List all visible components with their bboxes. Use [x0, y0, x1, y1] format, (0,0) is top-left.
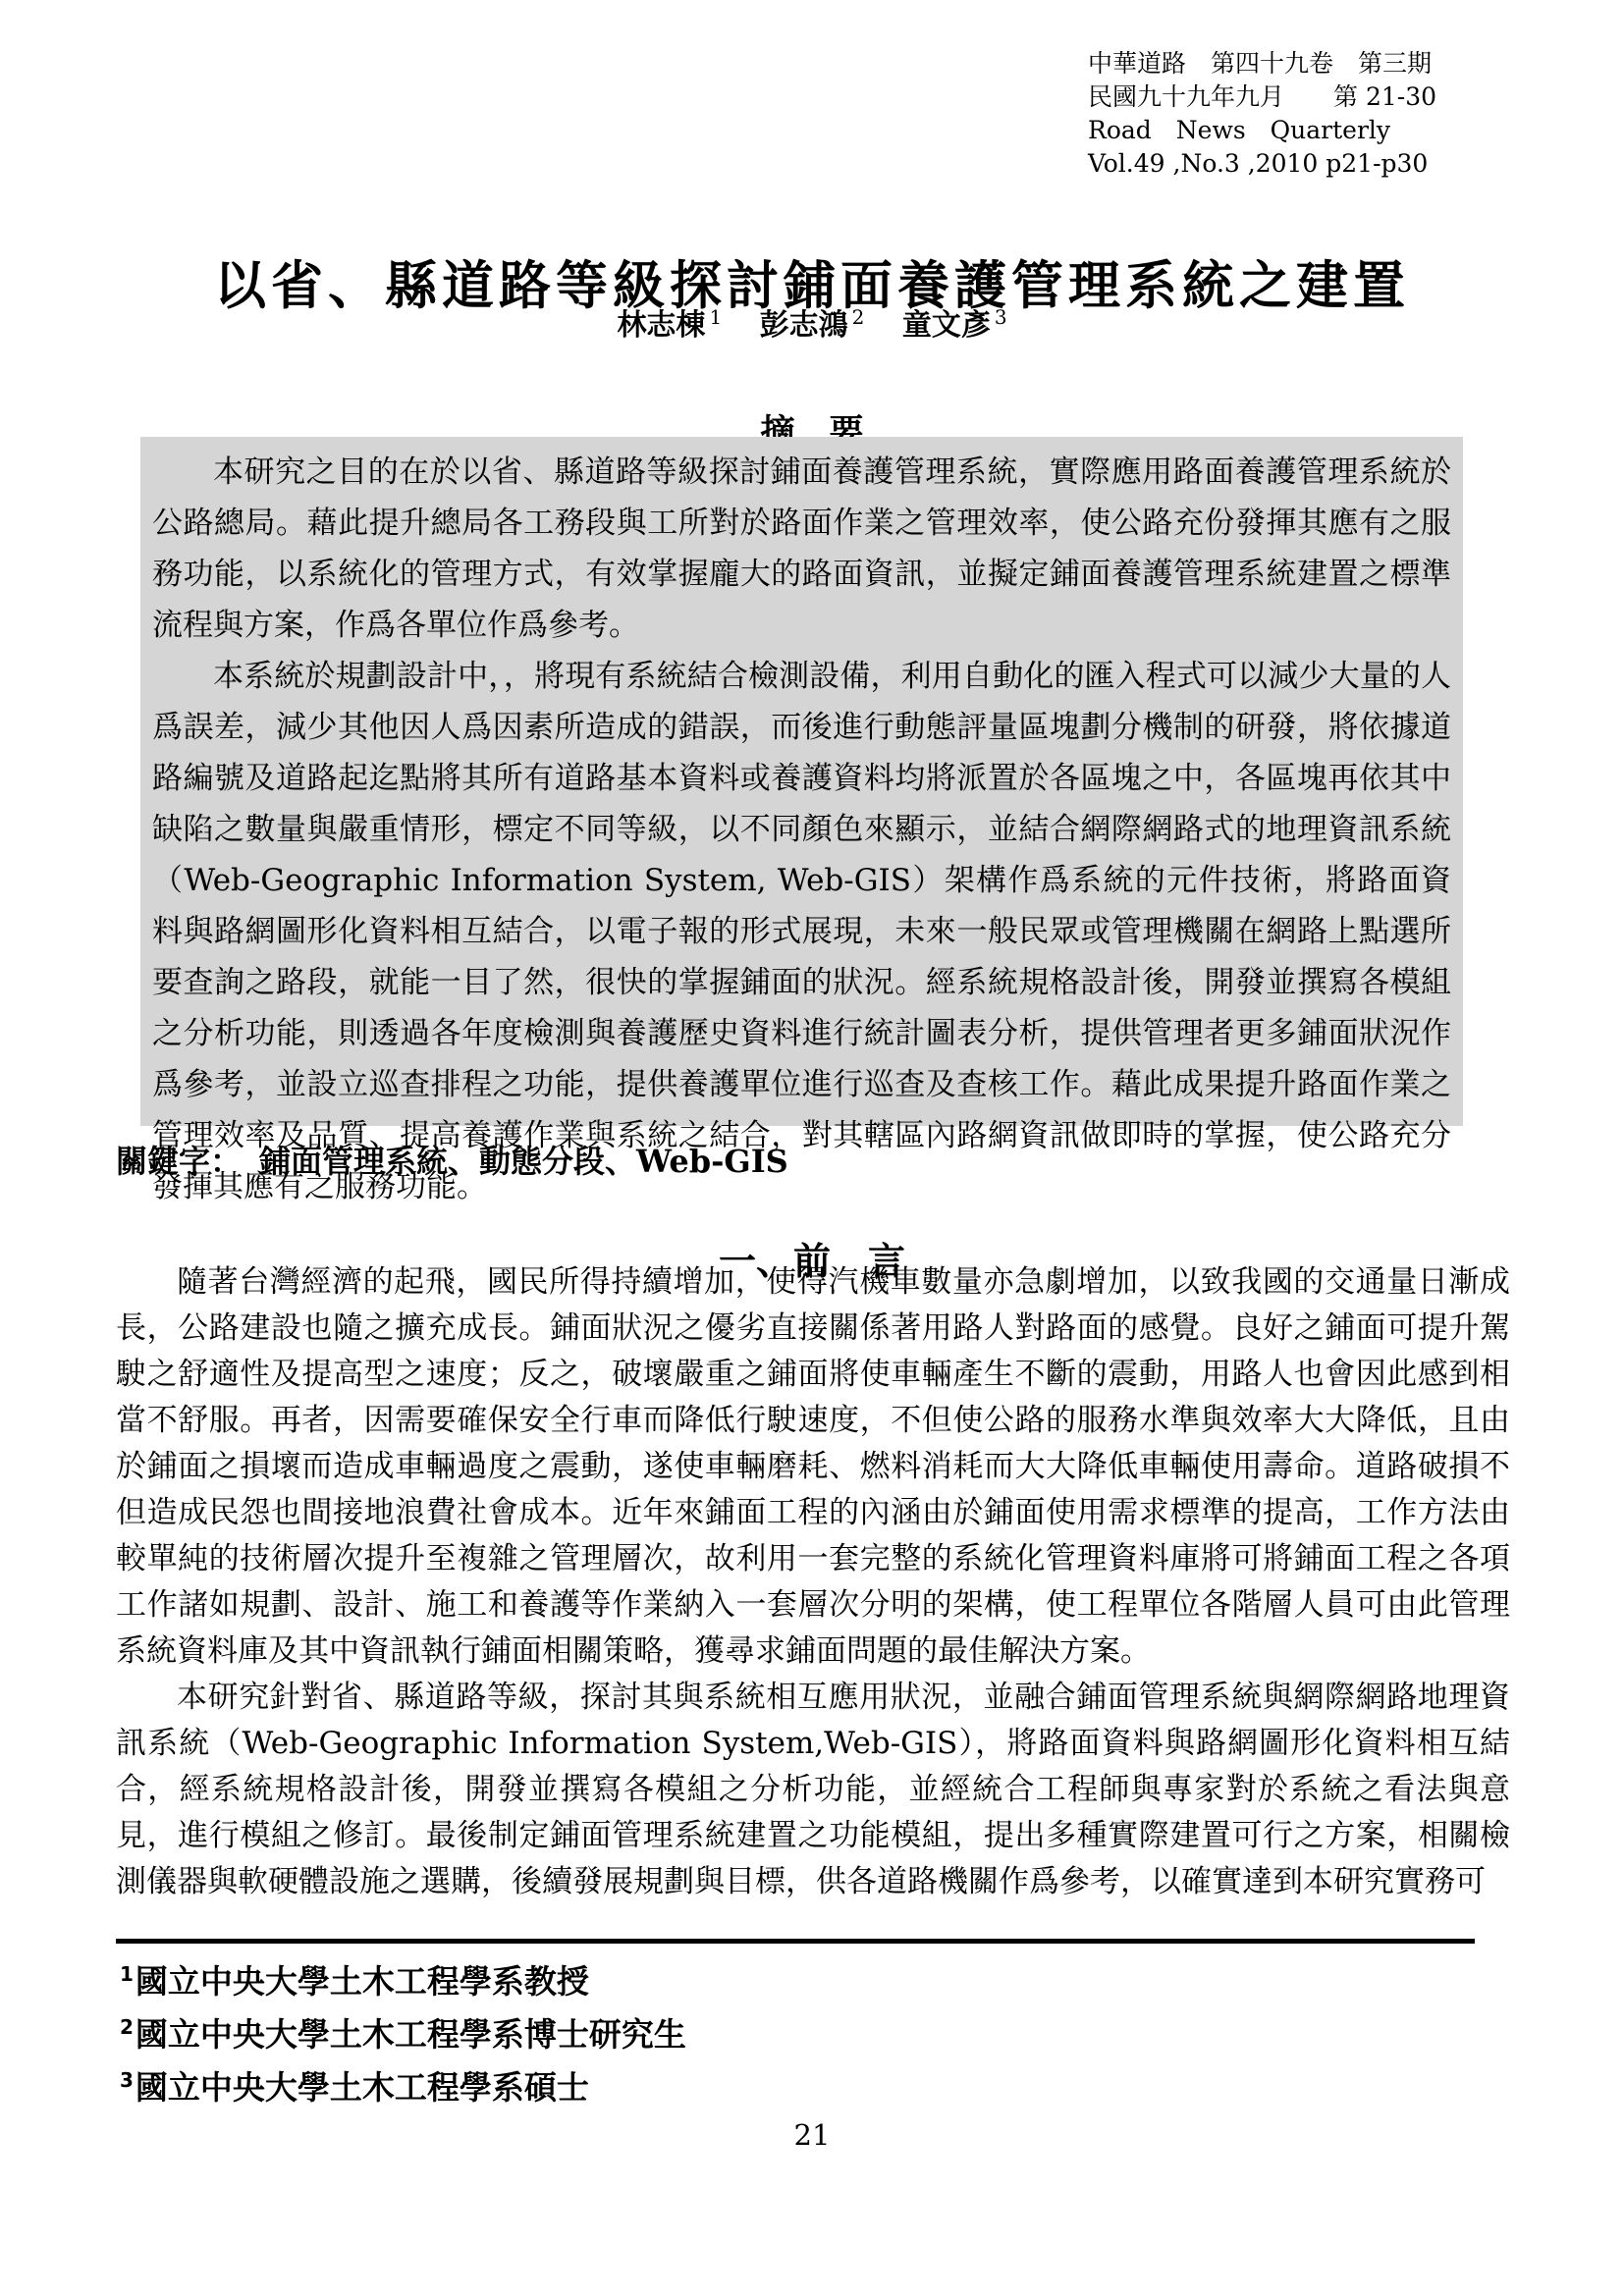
- author-line: 林志棟1 彭志鴻2 童文彥3: [0, 300, 1624, 344]
- footnote-1-marker: 1: [120, 1962, 134, 1986]
- introduction-paragraph-2: 本研究針對省、縣道路等級，探討其與系統相互應用狀況，並融合鋪面管理系統與網際網路…: [116, 1675, 1510, 1905]
- footnote-2-marker: 2: [120, 2015, 134, 2039]
- footnote-2: 2國立中央大學土木工程學系博士研究生: [120, 2004, 686, 2057]
- abstract-paragraph-1: 本研究之目的在於以省、縣道路等級探討鋪面養護管理系統，實際應用路面養護管理系統於…: [152, 447, 1451, 651]
- footnote-2-text: 國立中央大學土木工程學系博士研究生: [135, 2015, 686, 2054]
- author-2-name: 彭志鴻: [760, 308, 848, 343]
- author-3: 童文彥3: [902, 308, 1007, 343]
- abstract-paragraph-2: 本系統於規劃設計中，，將現有系統結合檢測設備，利用自動化的匯入程式可以減少大量的…: [152, 651, 1451, 1212]
- journal-header: 中華道路 第四十九卷 第三期 民國九十九年九月 第 21-30 Road New…: [1088, 47, 1436, 181]
- footnote-1: 1國立中央大學土木工程學系教授: [120, 1951, 686, 2004]
- footnotes: 1國立中央大學土木工程學系教授 2國立中央大學土木工程學系博士研究生 3國立中央…: [120, 1951, 686, 2110]
- journal-header-line-2: 民國九十九年九月 第 21-30: [1088, 80, 1436, 114]
- footnote-separator-rule: [116, 1939, 1475, 1944]
- journal-header-line-3: Road News Quarterly: [1088, 114, 1436, 147]
- keywords-text: 鋪面管理系統、動態分段、Web-GIS: [259, 1143, 788, 1180]
- introduction-paragraph-1: 隨著台灣經濟的起飛，國民所得持續增加，使得汽機車數量亦急劇增加，以致我國的交通量…: [116, 1259, 1510, 1675]
- author-2-footnote-marker: 2: [852, 305, 865, 329]
- author-1-name: 林志棟: [617, 308, 705, 343]
- author-3-footnote-marker: 3: [995, 305, 1007, 329]
- author-2: 彭志鴻2: [760, 308, 865, 343]
- footnote-3-marker: 3: [120, 2068, 134, 2092]
- journal-header-line-1: 中華道路 第四十九卷 第三期: [1088, 47, 1436, 80]
- paper-page: 中華道路 第四十九卷 第三期 民國九十九年九月 第 21-30 Road New…: [0, 0, 1624, 2296]
- footnote-3-text: 國立中央大學土木工程學系碩士: [135, 2068, 589, 2107]
- author-1-footnote-marker: 1: [709, 305, 722, 329]
- footnote-3: 3國立中央大學土木工程學系碩士: [120, 2057, 686, 2110]
- footnote-1-text: 國立中央大學土木工程學系教授: [135, 1962, 589, 2001]
- abstract-block: 本研究之目的在於以省、縣道路等級探討鋪面養護管理系統，實際應用路面養護管理系統於…: [140, 437, 1463, 1126]
- keywords-line: 關鍵字：鋪面管理系統、動態分段、Web-GIS: [116, 1137, 788, 1182]
- author-1: 林志棟1: [617, 308, 722, 343]
- author-3-name: 童文彥: [902, 308, 991, 343]
- keywords-label: 關鍵字：: [116, 1143, 242, 1180]
- journal-header-line-4: Vol.49 ,No.3 ,2010 p21-p30: [1088, 147, 1436, 181]
- page-number: 21: [0, 2118, 1624, 2152]
- introduction-body: 隨著台灣經濟的起飛，國民所得持續增加，使得汽機車數量亦急劇增加，以致我國的交通量…: [116, 1259, 1510, 1905]
